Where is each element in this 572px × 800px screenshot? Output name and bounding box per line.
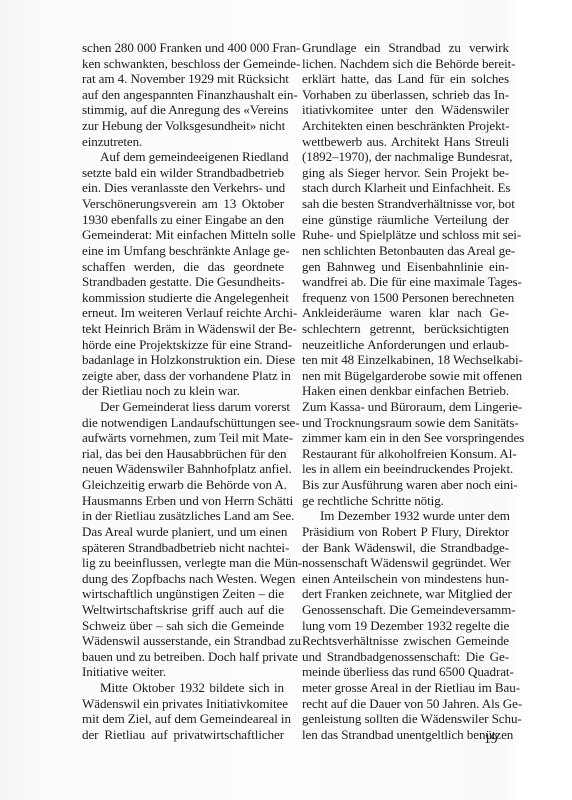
text-line: erneut. Im weiteren Verlauf reichte Arch… bbox=[82, 305, 284, 321]
text-line: rat am 4. November 1929 mit Rücksicht bbox=[82, 71, 284, 87]
text-line: aufwärts vornehmen, zum Teil mit Mate- bbox=[82, 430, 284, 446]
page-number: 19 bbox=[484, 731, 498, 747]
text-line: Auf dem gemeindeeigenen Riedland bbox=[82, 149, 284, 165]
text-line: Weltwirtschaftskrise griff auch auf die bbox=[82, 602, 284, 618]
text-line: (1892–1970), der nachmalige Bundesrat, bbox=[302, 149, 509, 165]
text-line: Gleichzeitig erwarb die Behörde von A. bbox=[82, 477, 284, 493]
text-line: tekt Heinrich Bräm in Wädenswil der Be- bbox=[82, 321, 284, 337]
text-line: eine im Umfang beschränkte Anlage ge- bbox=[82, 243, 284, 259]
text-line: einzutreten. bbox=[82, 134, 284, 150]
text-line: Hausmanns Erben und von Herrn Schätti bbox=[82, 493, 284, 509]
text-line: Restaurant für alkoholfreien Konsum. Al- bbox=[302, 446, 509, 462]
text-line: badanlage in Holzkonstruktion ein. Diese bbox=[82, 352, 284, 368]
text-line: kommission studierte die Angelegenheit bbox=[82, 290, 284, 306]
text-column-right: Grundlage ein Strandbad zu verwirklichen… bbox=[302, 40, 509, 742]
text-line: sah die besten Strandverhältnisse vor, b… bbox=[302, 196, 509, 212]
text-line: und Trocknungsraum sowie dem Sanitäts- bbox=[302, 415, 509, 431]
text-line: der Bank Wädenswil, die Strandbadge- bbox=[302, 540, 509, 556]
text-line: stach durch Klarheit und Einfachheit. Es bbox=[302, 180, 509, 196]
text-line: Zum Kassa- und Büroraum, dem Lingerie- bbox=[302, 399, 509, 415]
text-line: ge rechtliche Schritte nötig. bbox=[302, 493, 509, 509]
text-line: Wädenswil ein privates Initiativkomitee bbox=[82, 696, 284, 712]
text-line: der Rietliau noch zu klein war. bbox=[82, 383, 284, 399]
text-line: Architekten einen beschränkten Projekt- bbox=[302, 118, 509, 134]
text-line: 1930 ebenfalls zu einer Eingabe an den bbox=[82, 212, 284, 228]
text-line: Wädenswil ausserstande, ein Strandbad zu bbox=[82, 633, 284, 649]
text-line: neuzeitliche Anforderungen und erlaub- bbox=[302, 337, 509, 353]
text-line: zeigte aber, dass der vorhandene Platz i… bbox=[82, 368, 284, 384]
text-line: bauen und zu betreiben. Doch half privat… bbox=[82, 649, 284, 665]
text-line: Genossenschaft. Die Gemeindeversamm- bbox=[302, 602, 509, 618]
text-line: Gemeinderat: Mit einfachen Mitteln solle bbox=[82, 227, 284, 243]
text-line: nen schlichten Betonbauten das Areal ge- bbox=[302, 243, 509, 259]
text-line: Präsidium von Robert P Flury, Direktor bbox=[302, 524, 509, 540]
text-line: recht auf die Dauer von 50 Jahren. Als G… bbox=[302, 696, 509, 712]
text-line: meinde überliess das rund 6500 Quadrat- bbox=[302, 664, 509, 680]
text-line: Haken einen denkbar einfachen Betrieb. bbox=[302, 383, 509, 399]
text-line: Bis zur Ausführung waren aber noch eini- bbox=[302, 477, 509, 493]
text-line: frequenz von 1500 Personen berechneten bbox=[302, 290, 509, 306]
text-line: Rechtsverhältnisse zwischen Gemeinde bbox=[302, 633, 509, 649]
text-line: stimmig, auf die Anregung des «Vereins bbox=[82, 102, 284, 118]
text-line: Strandbaden gestatte. Die Gesundheits- bbox=[82, 274, 284, 290]
book-page: schen 280 000 Franken und 400 000 Fran-k… bbox=[0, 0, 572, 800]
text-line: rial, das bei den Hausabbrüchen für den bbox=[82, 446, 284, 462]
text-line: lung vom 19 Dezember 1932 regelte die bbox=[302, 618, 509, 634]
text-line: ten mit 48 Einzelkabinen, 18 Wechselkabi… bbox=[302, 352, 509, 368]
text-line: ken schwankten, beschloss der Gemeinde- bbox=[82, 56, 284, 72]
text-line: itiativkomitee unter den Wädenswiler bbox=[302, 102, 509, 118]
text-line: Im Dezember 1932 wurde unter dem bbox=[302, 508, 509, 524]
text-line: ein. Dies veranlasste den Verkehrs- und bbox=[82, 180, 284, 196]
text-line: Das Areal wurde planiert, und um einen bbox=[82, 524, 284, 540]
text-line: neuen Wädenswiler Bahnhofplatz anfiel. bbox=[82, 461, 284, 477]
text-column-left: schen 280 000 Franken und 400 000 Fran-k… bbox=[82, 40, 284, 742]
text-line: Ruhe- und Spielplätze und schloss mit se… bbox=[302, 227, 509, 243]
text-line: nen mit Bügelgarderobe sowie mit offenen bbox=[302, 368, 509, 384]
text-line: wettbewerb aus. Architekt Hans Streuli bbox=[302, 134, 509, 150]
text-line: dert Franken zeichnete, war Mitglied der bbox=[302, 586, 509, 602]
text-line: Mitte Oktober 1932 bildete sich in bbox=[82, 680, 284, 696]
text-line: schen 280 000 Franken und 400 000 Fran- bbox=[82, 40, 284, 56]
text-line: wandfrei ab. Die für eine maximale Tages… bbox=[302, 274, 509, 290]
text-line: lig zu beeinflussen, verlegte man die Mü… bbox=[82, 555, 284, 571]
text-line: meter grosse Areal in der Rietliau im Ba… bbox=[302, 680, 509, 696]
text-line: in der Rietliau zusätzliches Land am See… bbox=[82, 508, 284, 524]
text-line: gen Bahnweg und Eisenbahnlinie ein- bbox=[302, 259, 509, 275]
text-line: schlechtern getrennt, berücksichtigten bbox=[302, 321, 509, 337]
text-line: Grundlage ein Strandbad zu verwirk bbox=[302, 40, 509, 56]
text-line: genleistung sollten die Wädenswiler Schu… bbox=[302, 711, 509, 727]
text-line: Schweiz über – sah sich die Gemeinde bbox=[82, 618, 284, 634]
text-line: auf den angespannten Finanzhaushalt ein- bbox=[82, 87, 284, 103]
text-line: zimmer kam ein in den See vorspringendes bbox=[302, 430, 509, 446]
text-line: dung des Zopfbachs nach Westen. Wegen bbox=[82, 571, 284, 587]
text-line: ging als Sieger hervor. Sein Projekt be- bbox=[302, 165, 509, 181]
text-line: einen Anteilschein von mindestens hun- bbox=[302, 571, 509, 587]
text-line: der Rietliau auf privatwirtschaftlicher bbox=[82, 727, 284, 743]
text-line: die notwendigen Landaufschüttungen see- bbox=[82, 415, 284, 431]
text-line: zur Hebung der Volksgesundheit» nicht bbox=[82, 118, 284, 134]
text-line: les in allem ein beeindruckendes Projekt… bbox=[302, 461, 509, 477]
text-line: setzte bald ein wilder Strandbadbetrieb bbox=[82, 165, 284, 181]
text-line: erklärt hatte, das Land für ein solches bbox=[302, 71, 509, 87]
text-line: len das Strandbad unentgeltlich benützen bbox=[302, 727, 509, 743]
text-line: späteren Strandbadbetrieb nicht nachtei- bbox=[82, 540, 284, 556]
text-line: schaffen werden, die das geordnete bbox=[82, 259, 284, 275]
text-line: Vorhaben zu überlassen, schrieb das In- bbox=[302, 87, 509, 103]
text-line: hörde eine Projektskizze für eine Strand… bbox=[82, 337, 284, 353]
text-line: wirtschaftlich ungünstigen Zeiten – die bbox=[82, 586, 284, 602]
text-line: und Strandbadgenossenschaft: Die Ge- bbox=[302, 649, 509, 665]
text-line: Verschönerungsverein am 13 Oktober bbox=[82, 196, 284, 212]
text-line: nossenschaft Wädenswil gegründet. Wer bbox=[302, 555, 509, 571]
text-line: eine günstige räumliche Verteilung der bbox=[302, 212, 509, 228]
text-line: Initiative weiter. bbox=[82, 664, 284, 680]
text-line: mit dem Ziel, auf dem Gemeindeareal in bbox=[82, 711, 284, 727]
text-line: lichen. Nachdem sich die Behörde bereit- bbox=[302, 56, 509, 72]
text-line: Ankleideräume waren klar nach Ge- bbox=[302, 305, 509, 321]
text-line: Der Gemeinderat liess darum vorerst bbox=[82, 399, 284, 415]
